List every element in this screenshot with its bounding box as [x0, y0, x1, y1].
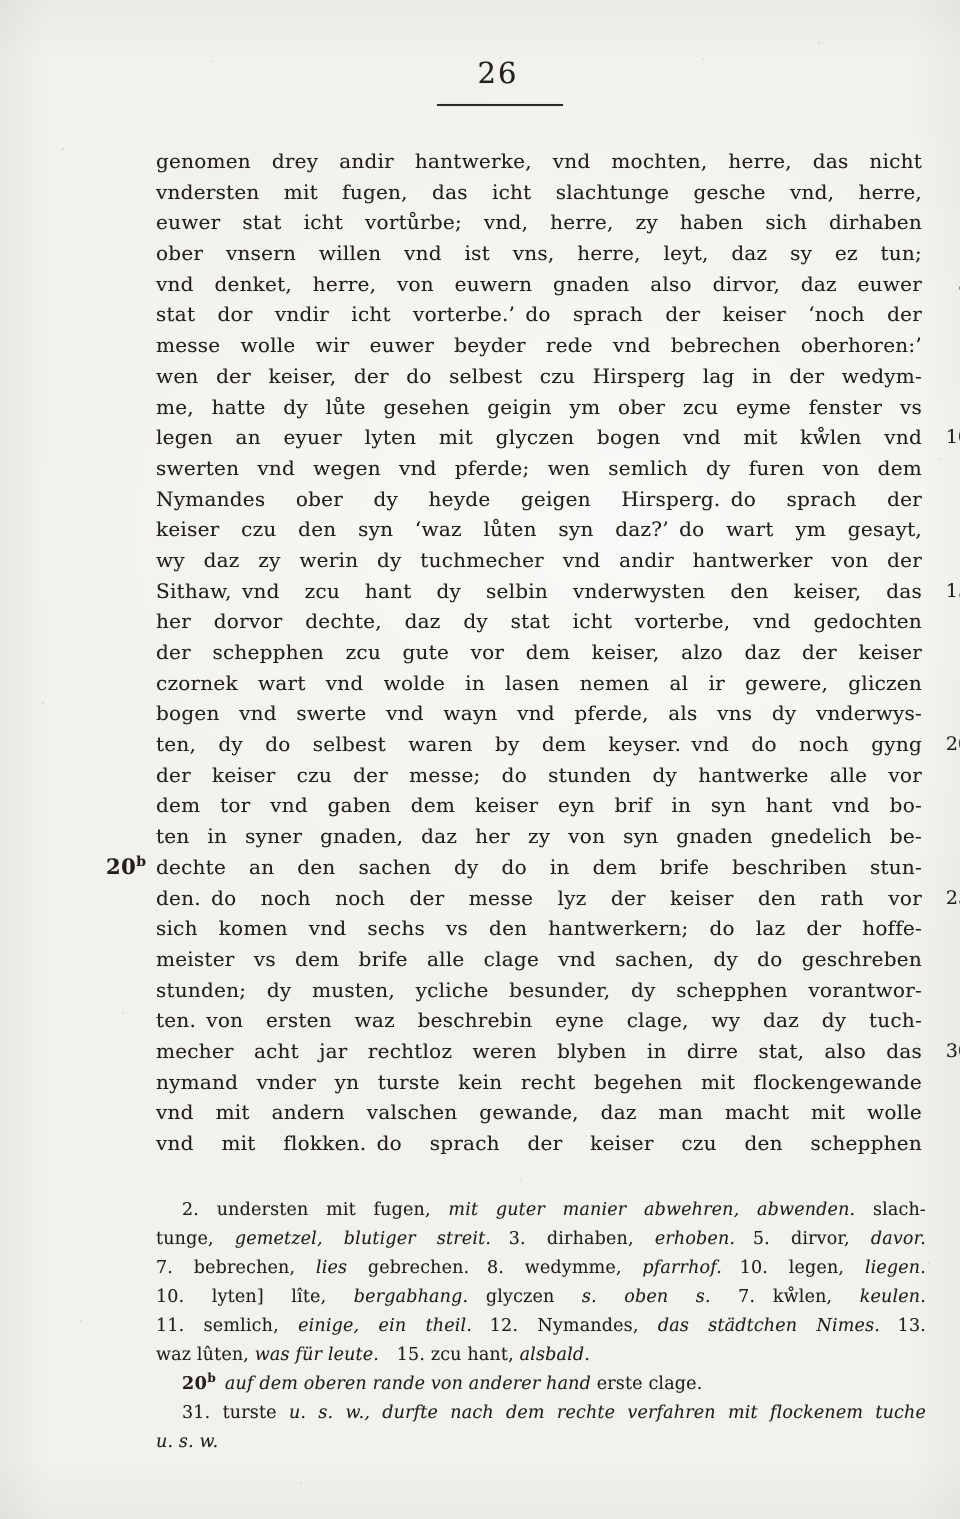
text-line-content: genomen drey andir hantwerke, vnd mochte… — [156, 146, 922, 177]
text-line-content: meister vs dem brife alle clage vnd sach… — [156, 944, 922, 975]
text-line-content: czornek wart vnd wolde in lasen nemen al… — [156, 668, 922, 699]
right-margin-line-number: 10 — [946, 422, 960, 453]
right-margin-line-number: 15 — [946, 576, 960, 607]
text-line: legen an eyuer lyten mit glyczen bogen v… — [156, 422, 922, 453]
text-line: Sithaw, vnd zcu hant dy selbin vnderwyst… — [156, 576, 922, 607]
right-margin-line-number: 30 — [946, 1036, 960, 1067]
footnote-segment: erhoben. — [655, 1229, 735, 1249]
footnote-segment: gemetzel, blutiger streit. — [235, 1229, 491, 1249]
footnote-segment: u. s. w. — [156, 1432, 218, 1452]
text-line-content: vnd denket, herre, von euwern gnaden als… — [156, 269, 922, 300]
text-line: nymand vnder yn turste kein recht begehe… — [156, 1067, 922, 1098]
text-line-content: nymand vnder yn turste kein recht begehe… — [156, 1067, 922, 1098]
text-line: ten. von ersten waz beschrebin eyne clag… — [156, 1005, 922, 1036]
text-line: wy daz zy werin dy tuchmecher vnd andir … — [156, 545, 922, 576]
right-margin-line-number: 25 — [946, 883, 960, 914]
footnote-segment: 3. dirhaben, — [491, 1229, 655, 1249]
text-line-content: dem tor vnd gaben dem keiser eyn brif in… — [156, 790, 922, 821]
footnote-segment: erste clage. — [591, 1374, 702, 1394]
text-line-content: ten, dy do selbest waren by dem keyser. … — [156, 729, 922, 760]
text-line-content: vndersten mit fugen, das icht slachtunge… — [156, 177, 922, 208]
footnote-line: 31. turste u. s. w., durfte nach dem rec… — [156, 1399, 926, 1428]
text-line-content: wen der keiser, der do selbest czu Hirsp… — [156, 361, 922, 392]
text-line: her dorvor dechte, daz dy stat icht vort… — [156, 606, 922, 637]
footnote-segment: davor. — [871, 1229, 926, 1249]
footnote-segment: 13. — [880, 1316, 926, 1336]
footnote-line: 20b auf dem oberen rande von anderer han… — [156, 1370, 926, 1399]
footnote-segment: u. s. w., durfte nach dem rechte verfahr… — [289, 1403, 926, 1423]
footnote-segment: 12. Nymandes, — [472, 1316, 658, 1336]
text-line-content: sich komen vnd sechs vs den hantwerkern;… — [156, 913, 922, 944]
footnote-segment: glyczen — [468, 1287, 582, 1307]
text-line: den. do noch noch der messe lyz der keis… — [156, 883, 922, 914]
text-line-content: dechte an den sachen dy do in dem brife … — [156, 852, 922, 883]
text-line-content: her dorvor dechte, daz dy stat icht vort… — [156, 606, 922, 637]
text-line-content: bogen vnd swerte vnd wayn vnd pferde, al… — [156, 698, 922, 729]
footnote-segment: waz lûten, — [156, 1345, 255, 1365]
footnote-line: 10. lyten] lîte, bergabhang. glyczen s. … — [156, 1283, 926, 1312]
text-line: genomen drey andir hantwerke, vnd mochte… — [156, 146, 922, 177]
footnote-line: waz lûten, was für leute. 15. zcu hant, … — [156, 1341, 926, 1370]
text-line: dem tor vnd gaben dem keiser eyn brif in… — [156, 790, 922, 821]
footnotes: 2. understen mit fugen, mit guter manier… — [156, 1196, 926, 1457]
text-line: sich komen vnd sechs vs den hantwerkern;… — [156, 913, 922, 944]
text-line: vnd mit flokken. do sprach der keiser cz… — [156, 1128, 922, 1159]
footnote-segment: bergabhang. — [354, 1287, 468, 1307]
footnote-segment: 10. legen, — [722, 1258, 865, 1278]
text-line: der schepphen zcu gute vor dem keiser, a… — [156, 637, 922, 668]
text-line: mecher acht jar rechtloz weren blyben in… — [156, 1036, 922, 1067]
text-line: ten in syner gnaden, daz her zy von syn … — [156, 821, 922, 852]
paper-speckles — [0, 0, 2, 2]
text-line-content: vnd mit andern valschen gewande, daz man… — [156, 1097, 922, 1128]
right-margin-line-number: 20 — [946, 729, 960, 760]
text-line-content: Nymandes ober dy heyde geigen Hirsperg. … — [156, 484, 922, 515]
footnote-segment: 7. bebrechen, — [156, 1258, 316, 1278]
footnote-segment: 15. zcu hant, — [379, 1345, 520, 1365]
footnote-segment: 5. dirvor, — [735, 1229, 871, 1249]
text-line-content: ten in syner gnaden, daz her zy von syn … — [156, 821, 922, 852]
text-line-content: stunden; dy musten, ycliche besunder, dy… — [156, 975, 922, 1006]
text-line: ober vnsern willen vnd ist vns, herre, l… — [156, 238, 922, 269]
text-line: euwer stat icht vortůrbe; vnd, herre, zy… — [156, 207, 922, 238]
text-line-content: swerten vnd wegen vnd pferde; wen semlic… — [156, 453, 922, 484]
page-number: 26 — [478, 56, 519, 90]
text-line: stat dor vndir icht vorterbe.’ do sprach… — [156, 299, 922, 330]
text-line: vndersten mit fugen, das icht slachtunge… — [156, 177, 922, 208]
text-line-content: wy daz zy werin dy tuchmecher vnd andir … — [156, 545, 922, 576]
footnote-segment: gebrechen. 8. wedymme, — [347, 1258, 642, 1278]
footnote-segment: das städtchen Nimes. — [658, 1316, 880, 1336]
footnote-line: 11. semlich, einige, ein theil. 12. Nyma… — [156, 1312, 926, 1341]
footnote-segment: einige, ein theil. — [298, 1316, 472, 1336]
footnote-segment: was für leute. — [255, 1345, 379, 1365]
text-line-content: mecher acht jar rechtloz weren blyben in… — [156, 1036, 922, 1067]
footnote-segment: s. oben s. — [582, 1287, 711, 1307]
main-text: genomen drey andir hantwerke, vnd mochte… — [156, 146, 922, 1159]
footnote-segment: lies — [316, 1258, 347, 1278]
text-line: meister vs dem brife alle clage vnd sach… — [156, 944, 922, 975]
text-line-content: euwer stat icht vortůrbe; vnd, herre, zy… — [156, 207, 922, 238]
text-line: keiser czu den syn ‘waz lůten syn daz?’ … — [156, 514, 922, 545]
text-line: vnd mit andern valschen gewande, daz man… — [156, 1097, 922, 1128]
footnote-segment: 10. lyten] lîte, — [156, 1287, 354, 1307]
footnote-line: tunge, gemetzel, blutiger streit. 3. dir… — [156, 1225, 926, 1254]
text-line: Nymandes ober dy heyde geigen Hirsperg. … — [156, 484, 922, 515]
text-line-content: vnd mit flokken. do sprach der keiser cz… — [156, 1128, 922, 1159]
text-line: wen der keiser, der do selbest czu Hirsp… — [156, 361, 922, 392]
footnote-segment: auf dem oberen rande von anderer hand — [225, 1374, 591, 1394]
text-line-content: legen an eyuer lyten mit glyczen bogen v… — [156, 422, 922, 453]
folio-number: 20 — [106, 854, 136, 879]
text-line-content: stat dor vndir icht vorterbe.’ do sprach… — [156, 299, 922, 330]
book-page-scan: 26 genomen drey andir hantwerke, vnd moc… — [0, 0, 960, 1519]
folio-suffix: b — [136, 854, 146, 870]
text-line: swerten vnd wegen vnd pferde; wen semlic… — [156, 453, 922, 484]
text-line: stunden; dy musten, ycliche besunder, dy… — [156, 975, 922, 1006]
text-line: vnd denket, herre, von euwern gnaden als… — [156, 269, 922, 300]
text-line: bogen vnd swerte vnd wayn vnd pferde, al… — [156, 698, 922, 729]
text-line: der keiser czu der messe; do stunden dy … — [156, 760, 922, 791]
text-line-content: den. do noch noch der messe lyz der keis… — [156, 883, 922, 914]
footnote-segment — [216, 1374, 225, 1394]
footnote-segment: pfarrhof. — [642, 1258, 722, 1278]
text-line: dechte an den sachen dy do in dem brife … — [156, 852, 922, 883]
text-line: czornek wart vnd wolde in lasen nemen al… — [156, 668, 922, 699]
footnote-segment: b — [207, 1371, 216, 1385]
footnote-segment: 11. semlich, — [156, 1316, 298, 1336]
footnote-segment: tunge, — [156, 1229, 235, 1249]
text-line-content: Sithaw, vnd zcu hant dy selbin vnderwyst… — [156, 576, 922, 607]
header-rule — [437, 104, 563, 106]
footnote-segment: alsbald. — [520, 1345, 590, 1365]
footnote-segment: liegen. — [865, 1258, 926, 1278]
footnote-segment: keulen. — [860, 1287, 926, 1307]
text-line-content: der keiser czu der messe; do stunden dy … — [156, 760, 922, 791]
text-line-content: me, hatte dy lůte gesehen geigin ym ober… — [156, 392, 922, 423]
left-margin-folio-note: 20b — [106, 852, 147, 883]
text-line-content: ober vnsern willen vnd ist vns, herre, l… — [156, 238, 922, 269]
footnote-segment: 31. turste — [182, 1403, 289, 1423]
footnote-segment: 20 — [182, 1374, 207, 1394]
text-line-content: der schepphen zcu gute vor dem keiser, a… — [156, 637, 922, 668]
text-line-content: keiser czu den syn ‘waz lůten syn daz?’ … — [156, 514, 922, 545]
footnote-segment: 7. kẘlen, — [711, 1287, 860, 1307]
footnote-line: u. s. w. — [156, 1428, 926, 1457]
text-line: me, hatte dy lůte gesehen geigin ym ober… — [156, 392, 922, 423]
footnote-segment: slach- — [855, 1200, 926, 1220]
footnote-line: 7. bebrechen, lies gebrechen. 8. wedymme… — [156, 1254, 926, 1283]
footnote-segment: 2. understen mit fugen, — [182, 1200, 448, 1220]
text-line-content: ten. von ersten waz beschrebin eyne clag… — [156, 1005, 922, 1036]
footnote-segment: mit guter manier abwehren, abwenden. — [448, 1200, 855, 1220]
text-line: messe wolle wir euwer beyder rede vnd be… — [156, 330, 922, 361]
text-line-content: messe wolle wir euwer beyder rede vnd be… — [156, 330, 922, 361]
text-line: ten, dy do selbest waren by dem keyser. … — [156, 729, 922, 760]
footnote-line: 2. understen mit fugen, mit guter manier… — [156, 1196, 926, 1225]
